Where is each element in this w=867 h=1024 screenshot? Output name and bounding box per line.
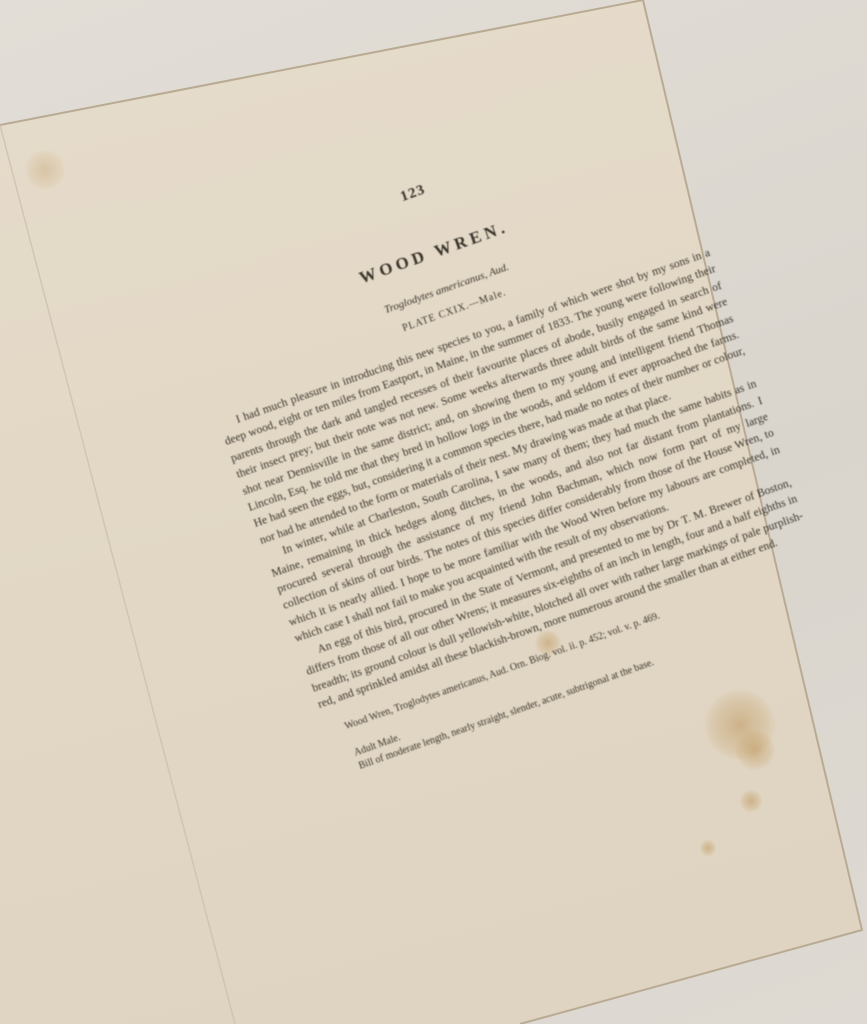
foxing-stain <box>740 790 762 812</box>
foxing-stain <box>25 150 65 190</box>
foxing-stain <box>735 730 775 770</box>
foxing-stain <box>700 840 716 856</box>
